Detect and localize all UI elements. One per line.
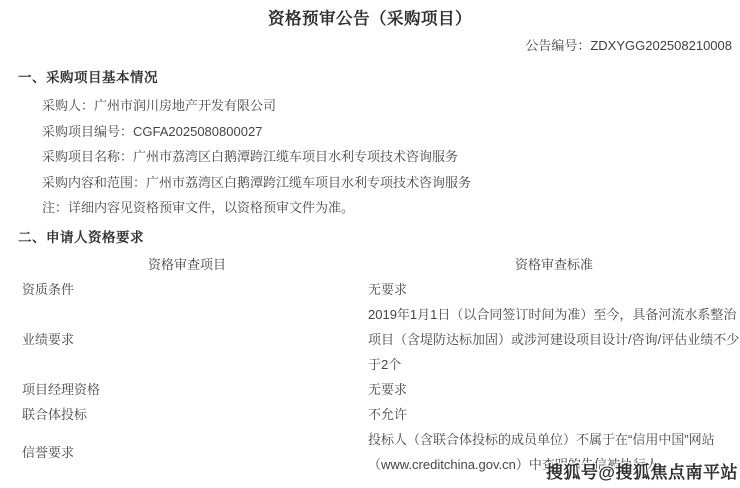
section1-heading: 一、采购项目基本情况 — [18, 70, 158, 85]
field-scope-label: 采购内容和范围： — [42, 175, 146, 190]
row-value: 无要求 — [352, 277, 740, 302]
note-line: 注：详细内容见资格预审文件，以资格预审文件为准。 — [42, 195, 730, 221]
field-project-name: 采购项目名称：广州市荔湾区白鹅潭跨江缆车项目水利专项技术咨询服务 — [42, 144, 730, 170]
sohu-watermark: 搜狐号@搜狐焦点南平站 — [546, 458, 738, 483]
row-value: 2019年1月1日（以合同签订时间为准）至今，具备河流水系整治项目（含堤防达标加… — [352, 302, 740, 377]
field-project-number-value: CGFA2025080800027 — [133, 124, 262, 139]
field-project-number: 采购项目编号：CGFA2025080800027 — [42, 119, 730, 145]
table-row-project-manager: 项目经理资格 无要求 — [0, 377, 740, 402]
row-value: 不允许 — [352, 402, 740, 427]
field-project-number-label: 采购项目编号： — [42, 124, 133, 139]
row-value: 无要求 — [352, 377, 740, 402]
field-scope-value: 广州市荔湾区白鹅潭跨江缆车项目水利专项技术咨询服务 — [146, 175, 471, 190]
table-header-standard: 资格审查标准 — [352, 252, 740, 277]
field-project-name-label: 采购项目名称： — [42, 149, 133, 164]
table-header-item: 资格审查项目 — [0, 252, 352, 277]
row-label: 资质条件 — [0, 277, 352, 302]
section2-heading: 二、申请人资格要求 — [18, 230, 144, 245]
table-row-consortium: 联合体投标 不允许 — [0, 402, 740, 427]
section1-fields: 采购人：广州市润川房地产开发有限公司 采购项目编号：CGFA2025080800… — [42, 93, 730, 221]
field-purchaser: 采购人：广州市润川房地产开发有限公司 — [42, 93, 730, 119]
announcement-number-label: 公告编号： — [525, 38, 590, 53]
qualification-table: 资格审查项目 资格审查标准 资质条件 无要求 业绩要求 2019年1月1日（以合… — [0, 252, 740, 477]
table-header-row: 资格审查项目 资格审查标准 — [0, 252, 740, 277]
field-scope: 采购内容和范围：广州市荔湾区白鹅潭跨江缆车项目水利专项技术咨询服务 — [42, 170, 730, 196]
document-title: 资格预审公告（采购项目） — [0, 8, 740, 30]
table-row-qualification: 资质条件 无要求 — [0, 277, 740, 302]
field-project-name-value: 广州市荔湾区白鹅潭跨江缆车项目水利专项技术咨询服务 — [133, 149, 458, 164]
field-purchaser-value: 广州市润川房地产开发有限公司 — [94, 98, 276, 113]
row-label: 业绩要求 — [0, 327, 352, 352]
field-purchaser-label: 采购人： — [42, 98, 94, 113]
table-row-performance: 业绩要求 2019年1月1日（以合同签订时间为准）至今，具备河流水系整治项目（含… — [0, 302, 740, 377]
document-page: 资格预审公告（采购项目） 公告编号：ZDXYGG202508210008 一、采… — [0, 0, 740, 488]
row-label: 项目经理资格 — [0, 377, 352, 402]
announcement-number: 公告编号：ZDXYGG202508210008 — [525, 39, 732, 53]
row-label: 信誉要求 — [0, 440, 352, 465]
announcement-number-value: ZDXYGG202508210008 — [590, 38, 732, 53]
row-label: 联合体投标 — [0, 402, 352, 427]
